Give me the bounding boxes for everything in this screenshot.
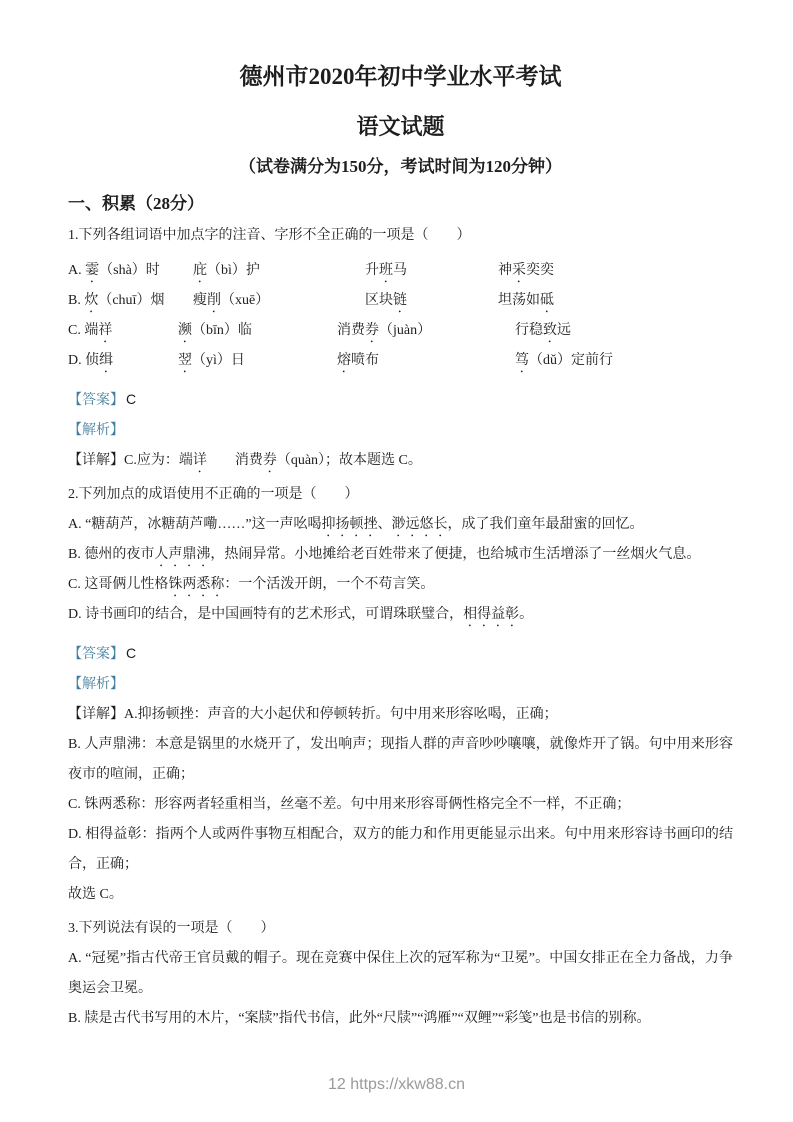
- q2-option-a: A. “糖葫芦，冰糖葫芦嘞……”这一声吆喝抑扬顿挫、渺远悠长，成了我们童年最甜蜜…: [68, 510, 733, 540]
- exam-info: （试卷满分为150分，考试时间为120分钟）: [68, 154, 733, 180]
- q3-option-a: A. “冠冕”指古代帝王官员戴的帽子。现在竞赛中保住上次的冠军称为“卫冕”。中国…: [68, 944, 733, 1004]
- q1-option-a-word-3: 升班马: [365, 256, 498, 286]
- q1-option-c-word-1: C. 端祥: [68, 316, 178, 346]
- q2-analysis-label: 【解析】: [68, 670, 733, 700]
- q1-option-d-word-2: 翌（yì）日: [178, 346, 337, 376]
- q1-option-b-word-3: 区块链: [365, 286, 498, 316]
- q1-detail: 【详解】C.应为：端详 消费券（quàn）；故本题选 C。: [68, 446, 733, 476]
- q2-detail-d: D. 相得益彰：指两个人或两件事物互相配合，双方的能力和作用更能显示出来。句中用…: [68, 820, 733, 880]
- q2-answer-label: 【答案】: [68, 647, 124, 662]
- document-body: 德州市2020年初中学业水平考试 语文试题 （试卷满分为150分，考试时间为12…: [0, 62, 793, 1034]
- q1-option-c-word-2: 濒（bīn）临: [178, 316, 337, 346]
- q1-analysis-label-text: 【解析】: [68, 423, 124, 438]
- q3-stem: 3.下列说法有误的一项是（ ）: [68, 914, 733, 944]
- q1-analysis-label: 【解析】: [68, 416, 733, 446]
- doc-subtitle: 语文试题: [68, 112, 733, 141]
- q2-option-b: B. 德州的夜市人声鼎沸，热闹异常。小地摊给老百姓带来了便捷，也给城市生活增添了…: [68, 540, 733, 570]
- q1-option-b-word-4: 坦荡如砥: [498, 286, 733, 316]
- q1-stem: 1.下列各组词语中加点字的注音、字形不全正确的一项是（ ）: [68, 221, 733, 251]
- section-heading: 一、积累（28分）: [68, 190, 733, 217]
- q1-option-a-word-2: 庇（bì）护: [193, 256, 365, 286]
- q2-answer-value: C: [126, 645, 136, 661]
- q1-answer-label: 【答案】: [68, 393, 124, 408]
- q1-option-row-d: D. 侦缉 翌（yì）日 熔喷布 笃（dǔ）定前行: [68, 346, 733, 376]
- q2-detail-c: C. 铢两悉称：形容两者轻重相当，丝毫不差。句中用来形容哥俩性格完全不一样，不正…: [68, 790, 733, 820]
- q1-option-row-c: C. 端祥 濒（bīn）临 消费券（juàn） 行稳致远: [68, 316, 733, 346]
- q2-detail-b: B. 人声鼎沸：本意是锅里的水烧开了，发出响声；现指人群的声音吵吵嚷嚷，就像炸开…: [68, 730, 733, 790]
- page-footer: 12 https://xkw88.cn: [0, 1076, 793, 1094]
- q2-detail-a: 【详解】A.抑扬顿挫：声音的大小起伏和停顿转折。句中用来形容吆喝，正确；: [68, 700, 733, 730]
- q1-answer-line: 【答案】C: [68, 384, 733, 416]
- doc-title: 德州市2020年初中学业水平考试: [68, 62, 733, 92]
- q1-option-c-word-3: 消费券（juàn）: [337, 316, 515, 346]
- q2-analysis-label-text: 【解析】: [68, 677, 124, 692]
- q3-option-b: B. 牍是古代书写用的木片，“案牍”指代书信，此外“尺牍”“鸿雁”“双鲤”“彩笺…: [68, 1004, 733, 1034]
- q1-option-a-word-4: 神采奕奕: [498, 256, 733, 286]
- q1-option-b-word-2: 瘦削（xuē）: [193, 286, 365, 316]
- q1-answer-value: C: [126, 391, 136, 407]
- q2-option-d: D. 诗书画印的结合，是中国画特有的艺术形式，可谓珠联璧合，相得益彰。: [68, 600, 733, 630]
- q1-option-row-b: B. 炊（chuī）烟 瘦削（xuē） 区块链 坦荡如砥: [68, 286, 733, 316]
- q1-option-a-word-1: A. 霎（shà）时: [68, 256, 193, 286]
- q1-option-d-word-1: D. 侦缉: [68, 346, 178, 376]
- q2-stem: 2.下列加点的成语使用不正确的一项是（ ）: [68, 480, 733, 510]
- q1-option-c-word-4: 行稳致远: [515, 316, 733, 346]
- document-page: 德州市2020年初中学业水平考试 语文试题 （试卷满分为150分，考试时间为12…: [0, 0, 793, 1122]
- q2-detail-conclusion: 故选 C。: [68, 880, 733, 910]
- q1-option-b-word-1: B. 炊（chuī）烟: [68, 286, 193, 316]
- q1-option-d-word-4: 笃（dǔ）定前行: [515, 346, 733, 376]
- q1-options: A. 霎（shà）时 庇（bì）护 升班马 神采奕奕 B. 炊（chuī）烟 瘦…: [68, 256, 733, 376]
- q2-answer-line: 【答案】C: [68, 638, 733, 670]
- q2-option-c: C. 这哥俩儿性格铢两悉称：一个活泼开朗，一个不苟言笑。: [68, 570, 733, 600]
- q1-option-row-a: A. 霎（shà）时 庇（bì）护 升班马 神采奕奕: [68, 256, 733, 286]
- q1-option-d-word-3: 熔喷布: [337, 346, 515, 376]
